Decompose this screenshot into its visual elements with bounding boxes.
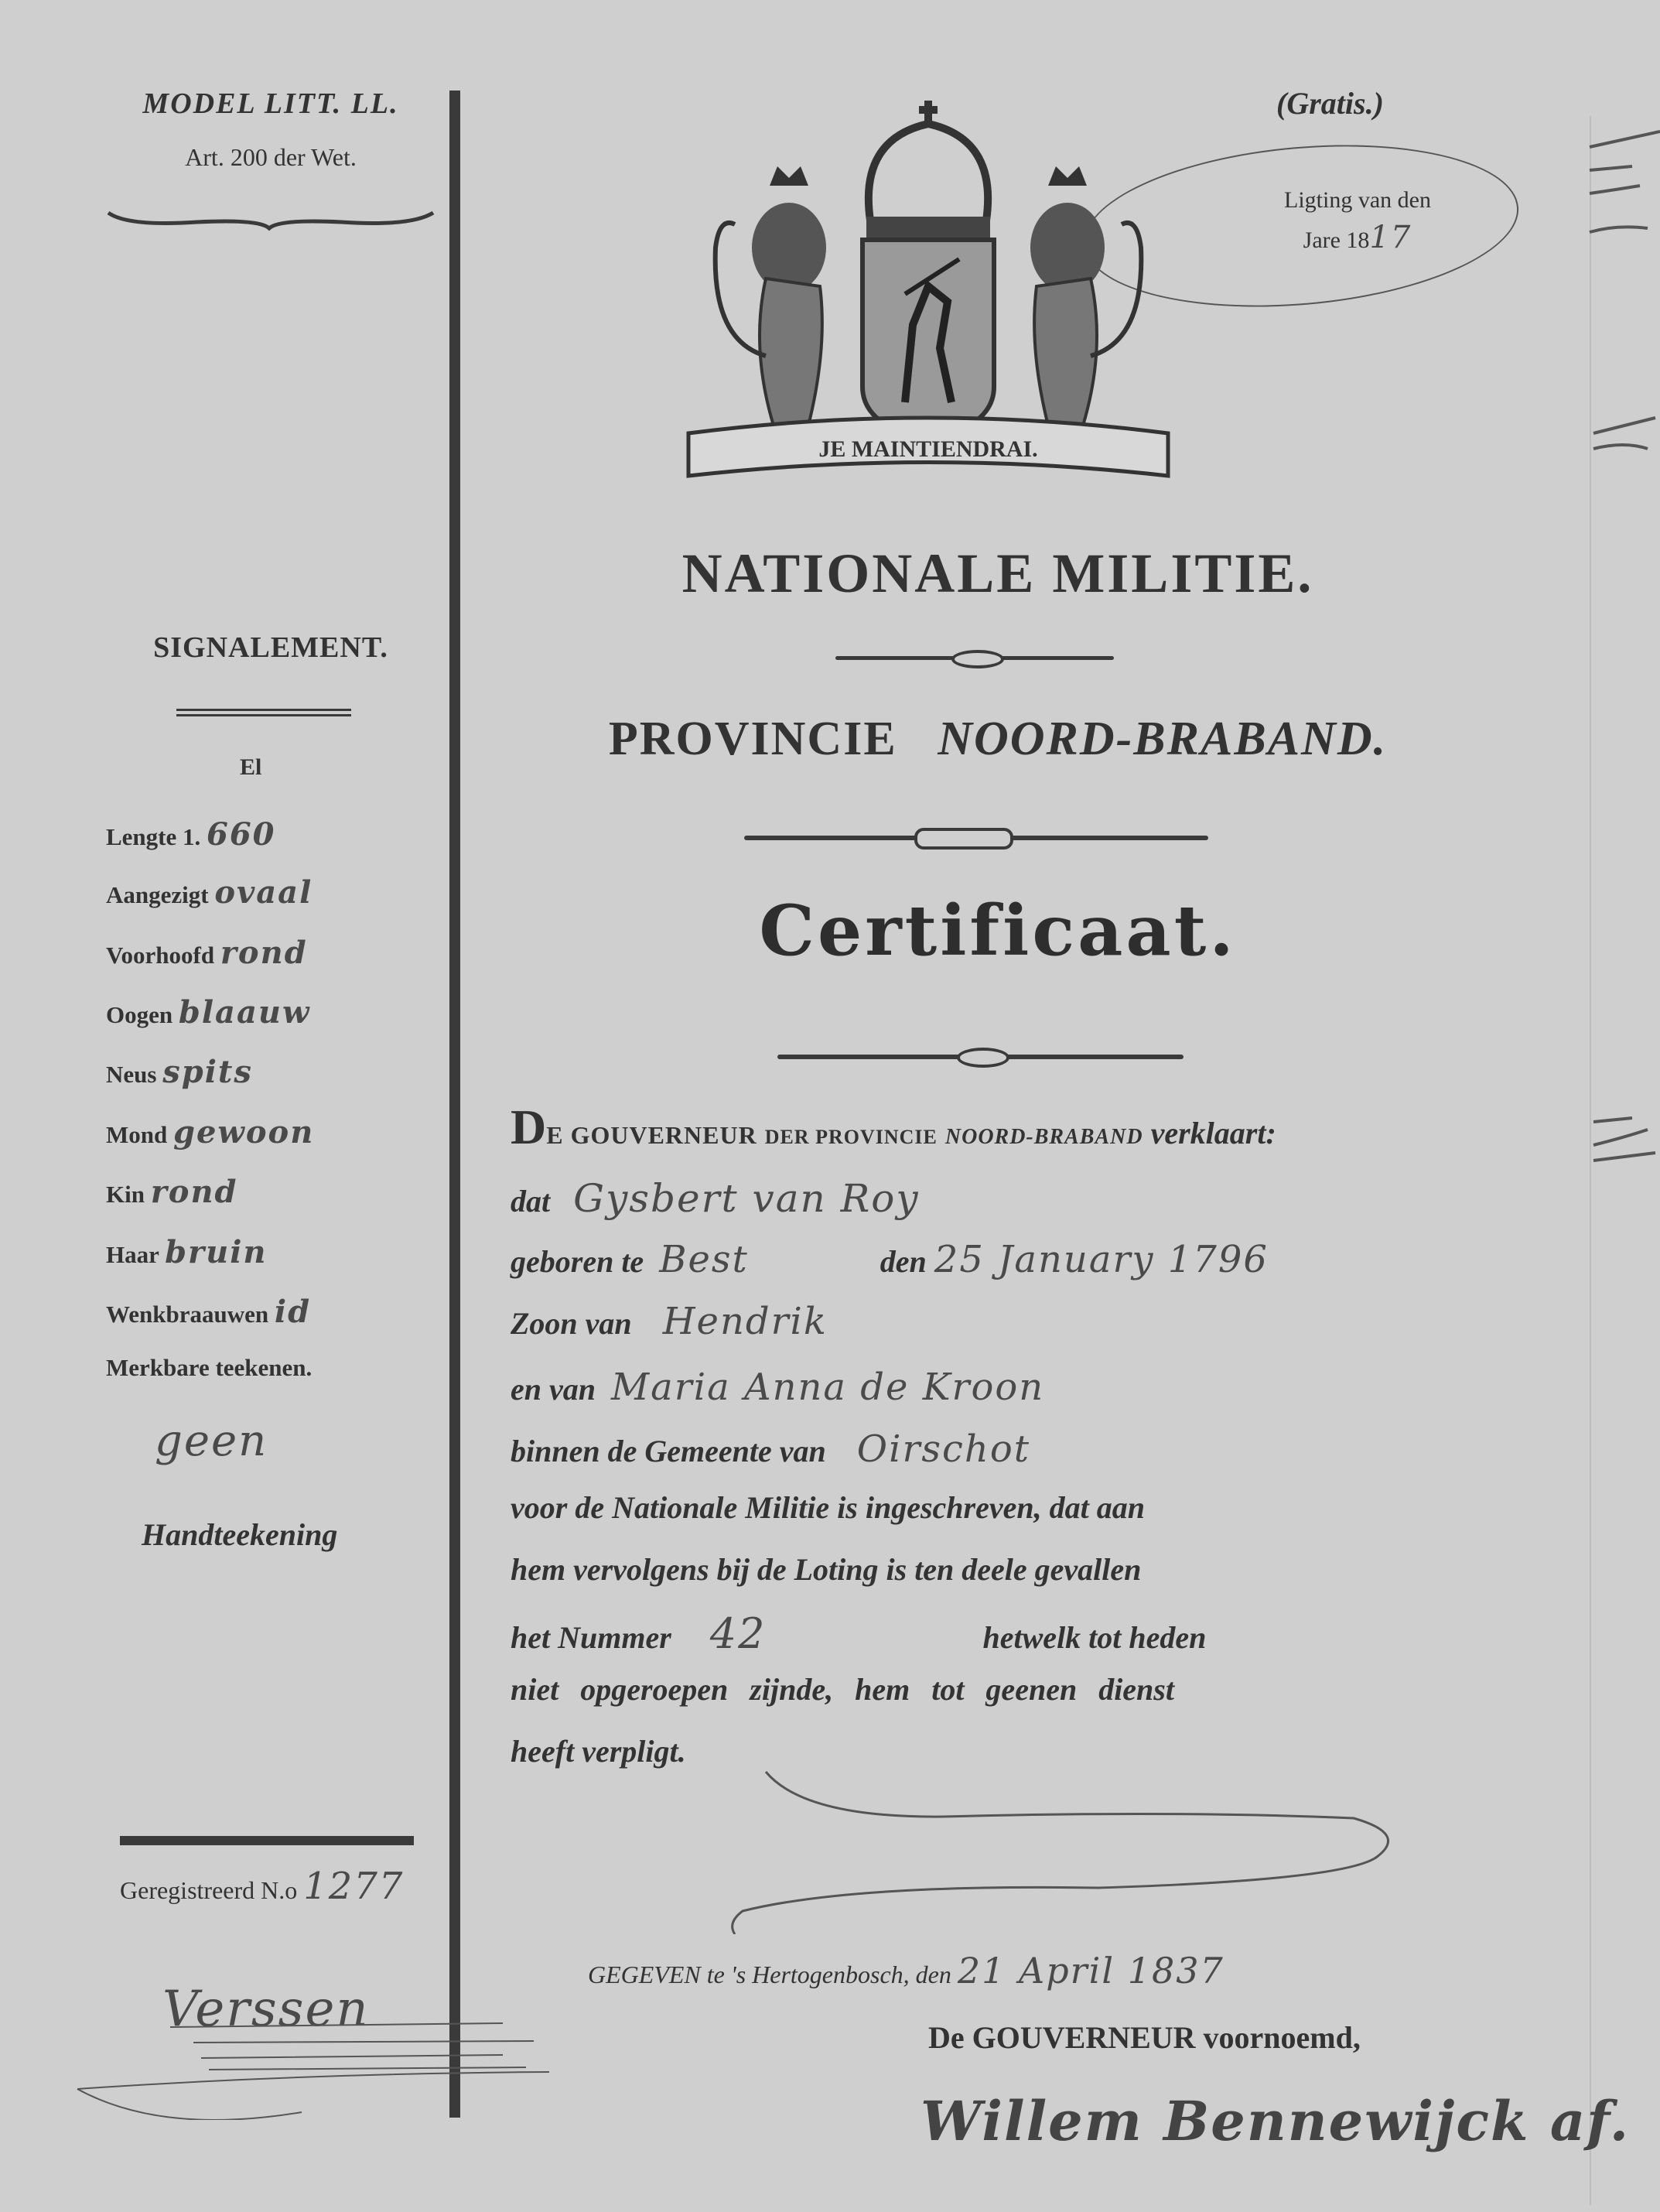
declaration-line-not-called: niet opgeroepen zijnde, hem tot geenen d…: [511, 1671, 1470, 1708]
field-value: gewoon: [173, 1114, 314, 1150]
thick-rule: [120, 1836, 414, 1845]
double-rule: [176, 709, 351, 716]
column-divider: [449, 91, 460, 2118]
coat-of-arms-icon: JE MAINTIENDRAI.: [673, 93, 1184, 495]
declaration-line-birth: geboren te Best den 25 January 1796: [511, 1238, 1470, 1281]
title-province: PROVINCIE NOORD-BRABAND.: [495, 712, 1501, 767]
field-aangezigt: Aangezigt ovaal: [106, 874, 313, 911]
unit-label: El: [240, 754, 261, 781]
field-value: blaauw: [179, 994, 311, 1031]
declaration-line-municipality: binnen de Gemeente van Oirschot: [511, 1427, 1470, 1471]
mother-name: Maria Anna de Kroon: [611, 1366, 1044, 1409]
birth-place: Best: [659, 1238, 749, 1281]
ornament-divider-3: [777, 1055, 1184, 1059]
declaration-line-number: het Nummer 42 hetwelk tot heden: [511, 1609, 1470, 1658]
signature-flourish: [70, 1981, 565, 2120]
field-haar: Haar bruin: [106, 1234, 267, 1270]
ornament-divider-2: [744, 836, 1208, 840]
field-value: rond: [220, 935, 308, 971]
ligting-block: Ligting van den Jare 1817: [1245, 182, 1470, 259]
declaration-line-name: dat Gysbert van Roy: [511, 1176, 1470, 1221]
crest-motto: JE MAINTIENDRAI.: [818, 436, 1037, 462]
closing-flourish: [712, 1756, 1423, 1934]
registered-number: Geregistreerd N.o 1277: [120, 1865, 404, 1908]
field-mond: Mond gewoon: [106, 1114, 314, 1150]
field-value: 660: [207, 816, 276, 853]
drop-cap: D: [511, 1099, 546, 1154]
field-neus: Neus spits: [106, 1054, 253, 1090]
given-at: GEGEVEN te 's Hertogenbosch, den 21 Apri…: [588, 1950, 1225, 1991]
brace-ornament: [104, 205, 437, 236]
declaration-line-lottery: hem vervolgens bij de Loting is ten deel…: [511, 1551, 1470, 1588]
field-value: rond: [151, 1174, 238, 1210]
field-kin: Kin rond: [106, 1174, 238, 1210]
title-nationale-militie: NATIONALE MILITIE.: [495, 542, 1501, 606]
registered-value: 1277: [303, 1865, 404, 1908]
field-voorhoofd: Voorhoofd rond: [106, 935, 308, 971]
field-value: bruin: [165, 1234, 267, 1270]
field-merkbare-teekenen: Merkbare teekenen.: [106, 1354, 312, 1382]
municipality: Oirschot: [857, 1427, 1030, 1471]
field-wenkbraauwen: Wenkbraauwen id: [106, 1294, 311, 1330]
model-label: MODEL LITT. LL.: [93, 87, 449, 121]
field-merkbare-value: geen: [155, 1416, 268, 1466]
declaration-line-mother: en van Maria Anna de Kroon: [511, 1366, 1470, 1409]
governor-label: De GOUVERNEUR voornoemd,: [928, 2019, 1361, 2056]
signature-label: Handteekening: [142, 1516, 337, 1553]
signalement-heading: SIGNALEMENT.: [93, 631, 449, 665]
lottery-number: 42: [710, 1609, 767, 1658]
given-date: 21 April 1837: [958, 1950, 1225, 1991]
gratis-label: (Gratis.): [1276, 85, 1384, 121]
certificate-title: Certificaat.: [495, 890, 1501, 972]
declaration-line-father: Zoon van Hendrik: [511, 1300, 1470, 1343]
jare-value: 17: [1369, 220, 1412, 255]
field-value: ovaal: [214, 874, 313, 911]
field-oogen: Oogen blaauw: [106, 994, 310, 1031]
birth-date: 25 January 1796: [934, 1238, 1269, 1281]
field-value: id: [275, 1294, 311, 1330]
person-name: Gysbert van Roy: [573, 1176, 919, 1221]
margin-handwriting: [1586, 124, 1660, 1362]
ornament-divider-1: [835, 656, 1114, 660]
article-label: Art. 200 der Wet.: [93, 143, 449, 172]
father-name: Hendrik: [663, 1300, 828, 1343]
governor-signature: Willem Bennewijck af.: [921, 2089, 1630, 2153]
field-lengte: Lengte 1. 660: [106, 816, 276, 853]
declaration-line-registered: voor de Nationale Militie is ingeschreve…: [511, 1489, 1470, 1526]
field-value: spits: [162, 1054, 253, 1090]
declaration-intro: DE GOUVERNEUR DER PROVINCIE NOORD-BRABAN…: [511, 1099, 1470, 1156]
